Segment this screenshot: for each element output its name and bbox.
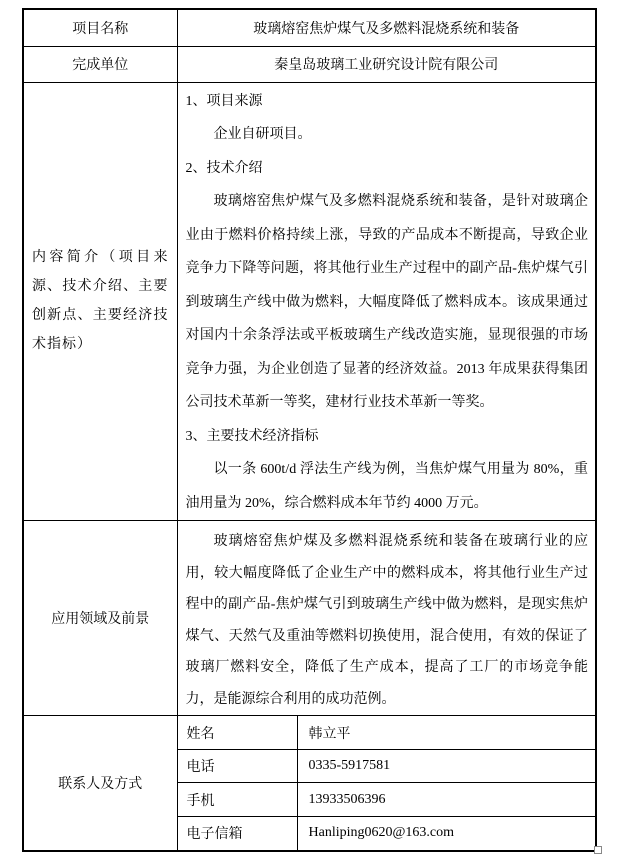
- completing-unit-label: 完成单位: [23, 46, 177, 82]
- paragraph-anchor-marker: [594, 846, 602, 854]
- contact-email-value: Hanliping0620@163.com: [297, 817, 596, 851]
- section-paragraph-project-source: 企业自研项目。: [186, 118, 589, 152]
- contact-mobile-value: 13933506396: [297, 783, 596, 817]
- contact-email-field: 电子信箱: [177, 817, 297, 851]
- completing-unit-value: 秦皇岛玻璃工业研究设计院有限公司: [177, 46, 596, 82]
- table-row: 完成单位 秦皇岛玻璃工业研究设计院有限公司: [23, 46, 596, 82]
- project-info-table: 项目名称 玻璃熔窑焦炉煤气及多燃料混烧系统和装备 完成单位 秦皇岛玻璃工业研究设…: [22, 8, 597, 852]
- contact-name-field: 姓名: [177, 716, 297, 750]
- content-summary-cell: 1、项目来源 企业自研项目。 2、技术介绍 玻璃熔窑焦炉煤气及多燃料混烧系统和装…: [177, 82, 596, 521]
- application-paragraph: 玻璃熔窑焦炉煤及多燃料混烧系统和装备在玻璃行业的应用，较大幅度降低了企业生产中的…: [186, 526, 589, 715]
- contact-label: 联系人及方式: [23, 716, 177, 851]
- section-paragraph-economic-indicators: 以一条 600t/d 浮法生产线为例，当焦炉煤气用量为 80%，重油用量为 20…: [186, 453, 589, 520]
- table-row: 内容简介（项目来源、技术介绍、主要创新点、主要经济技术指标） 1、项目来源 企业…: [23, 82, 596, 521]
- contact-phone-value: 0335-5917581: [297, 750, 596, 783]
- contact-mobile-field: 手机: [177, 783, 297, 817]
- table-row: 联系人及方式 姓名 韩立平: [23, 716, 596, 750]
- project-name-value: 玻璃熔窑焦炉煤气及多燃料混烧系统和装备: [177, 9, 596, 46]
- table-row: 应用领域及前景 玻璃熔窑焦炉煤及多燃料混烧系统和装备在玻璃行业的应用，较大幅度降…: [23, 521, 596, 716]
- table-row: 项目名称 玻璃熔窑焦炉煤气及多燃料混烧系统和装备: [23, 9, 596, 46]
- section-heading-technical-intro: 2、技术介绍: [186, 152, 589, 186]
- application-label: 应用领域及前景: [23, 521, 177, 716]
- project-name-label: 项目名称: [23, 9, 177, 46]
- content-summary-label: 内容简介（项目来源、技术介绍、主要创新点、主要经济技术指标）: [23, 82, 177, 521]
- section-heading-economic-indicators: 3、主要技术经济指标: [186, 420, 589, 454]
- section-paragraph-technical-intro: 玻璃熔窑焦炉煤气及多燃料混烧系统和装备，是针对玻璃企业由于燃料价格持续上涨，导致…: [186, 185, 589, 420]
- contact-phone-field: 电话: [177, 750, 297, 783]
- contact-name-value: 韩立平: [297, 716, 596, 750]
- section-heading-project-source: 1、项目来源: [186, 85, 589, 119]
- application-cell: 玻璃熔窑焦炉煤及多燃料混烧系统和装备在玻璃行业的应用，较大幅度降低了企业生产中的…: [177, 521, 596, 716]
